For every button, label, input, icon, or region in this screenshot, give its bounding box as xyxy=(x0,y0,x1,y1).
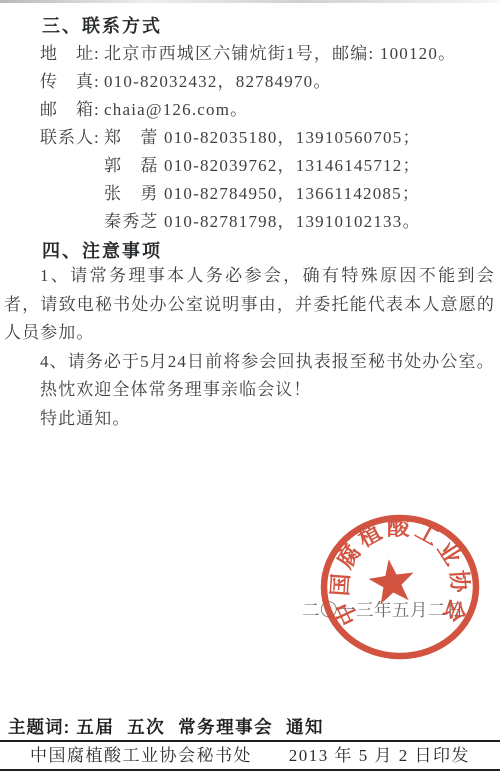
contact-phones: 010-82035180，13910560705； xyxy=(164,128,421,147)
contact-person-row: 张 勇010-82784950，13661142085； xyxy=(4,180,498,208)
contact-name: 张 勇 xyxy=(104,180,156,208)
address-value: 北京市西城区六铺炕街1号，邮编: 100120。 xyxy=(104,44,456,63)
note-paragraph-1: 1、请常务理事本人务必参会，确有特殊原因不能到会者，请致电秘书处办公室说明事由，… xyxy=(4,262,495,348)
fax-value: 010-82032432，82784970。 xyxy=(104,72,332,91)
contact-phones: 010-82039762，13146145712； xyxy=(164,156,421,175)
subject-label: 主题词: xyxy=(8,717,70,737)
contact-person-row: 秦秀芝010-82781798，13910102133。 xyxy=(4,208,498,236)
contact-phones: 010-82784950，13661142085； xyxy=(164,184,420,203)
address-row: 地 址:北京市西城区六铺炕街1号，邮编: 100120。 xyxy=(4,40,498,68)
email-label: 邮 箱: xyxy=(40,96,104,124)
closing-welcome: 热忱欢迎全体常务理事亲临会议！ xyxy=(4,376,495,405)
fax-label: 传 真: xyxy=(40,68,104,96)
section-notes-title: 四、注意事项 xyxy=(42,237,162,263)
publisher-row: 中国腐植酸工业协会秘书处 2013 年 5 月 2 日印发 xyxy=(0,744,500,768)
fax-row: 传 真:010-82032432，82784970。 xyxy=(4,68,498,96)
contact-name: 郑 蕾 xyxy=(104,124,156,152)
official-seal: 中国腐植酸工业协会 xyxy=(318,513,482,665)
bottom-divider-line xyxy=(0,769,500,771)
publisher: 中国腐植酸工业协会秘书处 xyxy=(30,744,252,768)
contact-block: 地 址:北京市西城区六铺炕街1号，邮编: 100120。 传 真:010-820… xyxy=(4,40,498,236)
email-row: 邮 箱:chaia@126.com。 xyxy=(4,96,498,124)
email-value: chaia@126.com。 xyxy=(104,100,248,119)
red-star-icon xyxy=(366,556,417,605)
contact-person-row: 郭 磊010-82039762，13146145712； xyxy=(4,152,498,180)
subject-keywords: 五届 五次 常务理事会 通知 xyxy=(76,717,324,737)
subject-divider-line xyxy=(0,740,500,742)
address-label: 地 址: xyxy=(40,40,104,68)
note-paragraph-2: 4、请务必于5月24日前将参会回执表报至秘书处办公室。 xyxy=(4,348,495,377)
contact-name: 郭 磊 xyxy=(104,152,156,180)
subject-row: 主题词:五届 五次 常务理事会 通知 xyxy=(8,714,324,739)
contact-name: 秦秀芝 xyxy=(104,208,156,236)
contact-phones: 010-82781798，13910102133。 xyxy=(164,212,421,231)
seal-arc-text: 中国腐植酸工业协会 xyxy=(327,514,472,629)
section-contact-title: 三、联系方式 xyxy=(42,12,162,38)
notes-paragraphs: 1、请常务理事本人务必参会，确有特殊原因不能到会者，请致电秘书处办公室说明事由，… xyxy=(4,262,495,433)
closing-notice: 特此通知。 xyxy=(4,405,495,434)
scan-edge-artifact xyxy=(0,0,500,3)
contact-person-row: 联系人:郑 蕾010-82035180，13910560705； xyxy=(4,124,498,152)
contacts-label: 联系人: xyxy=(40,124,104,152)
print-date: 2013 年 5 月 2 日印发 xyxy=(289,744,470,768)
